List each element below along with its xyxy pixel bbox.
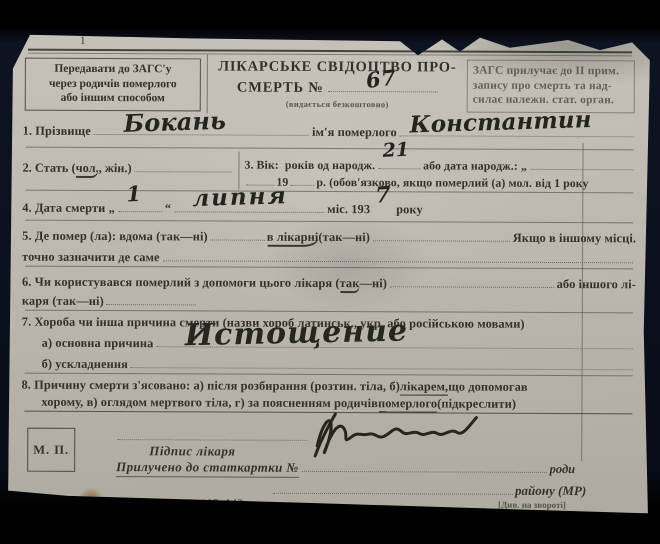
transmit-line: через родичів померлого xyxy=(31,76,195,91)
doctor-signature xyxy=(309,408,484,465)
certificate-header: Передавати до ЗАГС'у через родичів помер… xyxy=(25,54,635,116)
corner-mark: 1 xyxy=(80,35,86,47)
hospital-yesno: (так—ні) xyxy=(318,230,370,245)
firstname-label: ім'я померлого xyxy=(312,125,397,140)
age-label: 3. Вік: років од народж. xyxy=(244,158,375,174)
place-specify-label: точно зазначити де саме xyxy=(22,250,160,266)
care-yes-underlined: так xyxy=(340,276,360,291)
field-doctor-care: 6. Чи користувався померлий з допомоги ц… xyxy=(22,271,636,312)
sex-label: 2. Стать ( xyxy=(22,161,75,176)
firstname-handwritten: Константин xyxy=(409,108,591,137)
title-line-1: ЛІКАРСЬКЕ СВІДОЦТВО ПРО- xyxy=(208,57,467,76)
title-line-2: СМЕРТЬ № xyxy=(237,79,324,98)
zags-line: запису про смерть та над- xyxy=(473,78,629,93)
death-certificate-document: 1 Передавати до ЗАГС'у через родичів пом… xyxy=(8,29,650,518)
other-doctor-continued: каря (так—ні) xyxy=(22,294,104,309)
death-year-suffix: року xyxy=(396,202,423,217)
quote-mark: “ xyxy=(165,201,171,216)
transmit-instructions-box: Передавати до ЗАГС'у через родичів помер… xyxy=(25,58,201,112)
document-content: 1 Передавати до ЗАГС'у через родичів пом… xyxy=(8,29,650,518)
complications-label: б) ускладнення xyxy=(42,357,128,372)
cause-handwritten: Истощение xyxy=(185,314,409,354)
death-year-handwritten: 7 xyxy=(375,184,391,207)
death-month-handwritten: липня xyxy=(192,184,288,210)
care-label: 6. Чи користувався померлий з допомоги ц… xyxy=(22,275,340,291)
field-place-of-death: 5. Де помер (ла): вдома (так—ні) в лікар… xyxy=(22,225,636,268)
zags-line: ЗАГС прилучає до II прим. xyxy=(473,64,629,79)
zags-line: силає належн. стат. орган. xyxy=(473,93,629,108)
death-year-label: міс. 193 xyxy=(327,202,370,217)
rody-label: роди xyxy=(550,462,576,477)
district-label: району (МР) xyxy=(515,483,586,499)
stamp-place-label: М. П. xyxy=(33,442,69,457)
signature-line xyxy=(117,438,307,441)
care-no: —ні) xyxy=(359,276,387,291)
field-death-date: 4. Дата смерти „ 1 “ липня міс. 193 7 ро… xyxy=(22,197,636,222)
by-doctor-underlined: лікарем, xyxy=(400,379,448,394)
certificate-number-handwritten: 67 xyxy=(365,67,398,91)
sex-label-end: , жін.) xyxy=(99,161,132,176)
printing-house-imprint: „Союзоргучет“ К. Ф. Ст. ф-т А₅ 105х143. xyxy=(24,497,247,510)
zags-note-box: ЗАГС прилучає до II прим. запису про сме… xyxy=(467,60,635,114)
transmit-line: Передавати до ЗАГС'у xyxy=(31,62,195,77)
established-label-cont: що допомогав xyxy=(448,380,528,395)
see-reverse-note: [Див. на звороті] xyxy=(498,500,566,510)
doctor-signature-label: Підпис лікаря xyxy=(149,443,235,459)
death-day-handwritten: 1 xyxy=(125,183,141,205)
transmit-line: або іншим способом xyxy=(31,91,195,106)
field-cause-of-death: 7. Хороба чи інша причина смерти (назви … xyxy=(22,315,636,375)
field-age: 3. Вік: років од народж. 21 або дата нар… xyxy=(239,152,636,192)
sex-male-underlined: чол. xyxy=(76,161,99,176)
place-label: 5. Де помер (ла): вдома (так—ні) xyxy=(22,229,208,245)
main-cause-label: а) основна причина xyxy=(42,336,154,351)
other-doctor-label: або іншого лі- xyxy=(557,277,636,292)
statcard-label: Прилучено до статкартки № xyxy=(116,459,299,478)
signature-section: М. П. Підпис лікаря Прилучено до статкар… xyxy=(21,415,635,506)
surname-label: 1. Прізвище xyxy=(23,124,91,139)
age-handwritten: 21 xyxy=(382,141,410,161)
surname-handwritten: Бокань xyxy=(124,109,227,136)
established-label: 8. Причину смерти з'ясовано: а) після ро… xyxy=(21,378,399,395)
stamp-place-box: М. П. xyxy=(27,428,75,472)
title-subtitle: (видається безкоштовно) xyxy=(208,99,467,110)
other-place-label: Якщо в іншому місці. xyxy=(513,231,637,247)
hospital-underlined: в лікарні xyxy=(267,230,319,245)
certificate-title: ЛІКАРСЬКЕ СВІДОЦТВО ПРО- СМЕРТЬ № 67 (ви… xyxy=(208,54,467,114)
age-note: р. (обов'язково, якщо померлий (а) мол. … xyxy=(316,175,588,191)
field-sex-age: 2. Стать (чол., жін.) 3. Вік: років од н… xyxy=(22,151,636,192)
field-surname-name: 1. Прізвище Бокань ім'я померлого Конста… xyxy=(23,120,637,149)
birthdate-label: або дата народж.: „ xyxy=(423,159,527,174)
death-date-label: 4. Дата смерти „ xyxy=(22,201,115,216)
